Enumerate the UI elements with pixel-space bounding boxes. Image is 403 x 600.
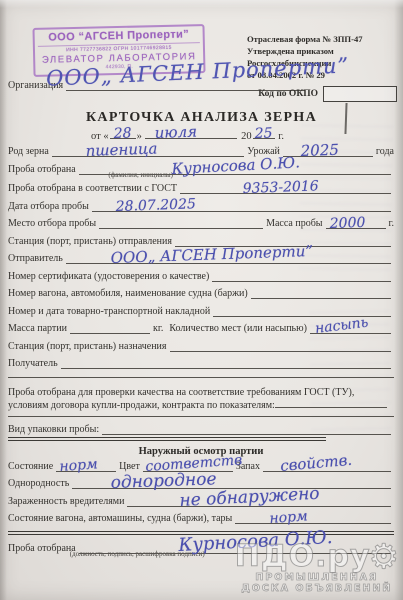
wagon-line — [251, 288, 391, 299]
date-year-line: 25 — [253, 129, 275, 139]
watermark-subtitle-1: промышленная — [235, 572, 399, 583]
lot-mass-row: Масса партии кг. Количество мест (или на… — [8, 323, 394, 334]
infestation-line: не обнаружено — [127, 496, 391, 507]
harvest-suffix: года — [376, 146, 394, 157]
bottom-sampled-label: Проба отобрана — [8, 543, 76, 554]
form-number-line: Отраслевая форма № ЗПП-47 — [247, 33, 397, 45]
gost-row: Проба отобрана в соответствии с ГОСТ 935… — [8, 183, 394, 194]
grain-type-line: пшеница — [52, 146, 244, 157]
sample-mass-label: Масса пробы — [266, 218, 322, 229]
packaging-row: Вид упаковки пробы: — [8, 424, 394, 435]
date-month-handwritten: июля — [155, 125, 198, 141]
okpo-row: Код по ОКПО — [258, 86, 397, 102]
sample-date-label: Дата отбора пробы — [8, 201, 89, 212]
scanned-grain-analysis-card: ООО “АГСЕН Проперти” ИНН 7727736822 ОГРН… — [0, 0, 403, 600]
destination-station-line — [170, 341, 391, 352]
sampling-place-label: Место отбора пробы — [8, 218, 96, 229]
date-day-line: 28 — [110, 129, 136, 139]
receiver-row: Получатель — [8, 358, 394, 369]
uniformity-row: Однородность однородное — [8, 478, 394, 489]
harvest-handwritten: 2025 — [300, 143, 339, 159]
gost-line: 9353-2016 — [180, 183, 391, 194]
certificate-line — [212, 271, 391, 282]
watermark-brand: ПДО.ру — [235, 542, 371, 572]
okpo-code-box — [323, 86, 397, 102]
watermark-subtitle-2: доска объявлений — [235, 583, 399, 594]
transport-state-handwritten: норм — [269, 509, 308, 526]
receiver-line — [61, 358, 391, 369]
sender-row: Отправитель ООО„ АГСЕН Проперти” — [8, 253, 394, 264]
lot-mass-label: Масса партии — [8, 323, 67, 334]
date-day-handwritten: 28 — [113, 126, 131, 141]
scan-edge-shadow-left — [0, 0, 7, 600]
sampled-by-line: Курносова О.Ю. — [79, 164, 391, 175]
smell-line: свойств. — [263, 461, 391, 472]
gear-icon: ⚙ — [369, 542, 399, 572]
condition-line: норм — [56, 461, 116, 472]
sampled-by-handwritten: Курносова О.Ю. — [172, 155, 301, 177]
sample-mass-line: 2000 — [326, 218, 386, 229]
certificate-row: Номер сертификата (удостоверения о качес… — [8, 271, 394, 282]
places-count-label: Количество мест (или насыпью) — [169, 323, 307, 334]
scan-edge-highlight-top — [0, 0, 403, 8]
places-count-handwritten: насыпь — [315, 316, 370, 336]
packaging-line — [102, 424, 391, 435]
watermark-top: ПДО.ру ⚙ — [235, 542, 399, 572]
waybill-label: Номер и дата товарно-транспортной наклад… — [8, 306, 210, 317]
date-year-handwritten: 25 — [254, 126, 272, 141]
color-label: Цвет — [119, 461, 140, 472]
double-rule — [8, 437, 326, 441]
sampled-by-row: Проба отобрана Курносова О.Ю. — [8, 164, 394, 175]
sender-line: ООО„ АГСЕН Проперти” — [66, 253, 391, 264]
sample-mass-handwritten: 2000 — [330, 216, 366, 231]
date-month-line: июля — [145, 129, 237, 139]
grain-type-row: Род зерна пшеница Урожай 2025 года — [8, 146, 394, 157]
blank-line — [8, 415, 394, 417]
transport-state-label: Состояние вагона, автомашины, судна (бар… — [8, 513, 232, 524]
date-suffix: г. — [278, 131, 284, 142]
grain-type-label: Род зерна — [8, 146, 49, 157]
departure-station-label: Станция (порт, пристань) отправления — [8, 236, 172, 247]
sample-date-line: 28.07.2025 — [92, 201, 391, 212]
watermark: ПДО.ру ⚙ промышленная доска объявлений — [235, 542, 399, 594]
transport-state-line: норм — [235, 513, 391, 524]
lot-mass-line — [70, 323, 150, 334]
condition-label: Состояние — [8, 461, 53, 472]
places-count-line: насыпь — [310, 323, 391, 334]
sampling-place-row: Место отбора пробы Масса пробы 2000 г. — [8, 218, 394, 229]
infestation-row: Зараженность вредителями не обнаружено — [8, 496, 394, 507]
sample-mass-suffix: г. — [389, 218, 394, 229]
packaging-label: Вид упаковки пробы: — [8, 424, 99, 435]
page-title: КАРТОЧКА АНАЛИЗА ЗЕРНА — [0, 110, 403, 126]
purpose-paragraph: Проба отобрана для проверки качества на … — [8, 387, 394, 413]
gost-handwritten: 9353-2016 — [243, 179, 319, 196]
stamp-company-name: ООО “АГСЕН Проперти” — [38, 28, 200, 46]
condition-handwritten: норм — [59, 457, 98, 474]
form-body: Род зерна пшеница Урожай 2025 года Проба… — [8, 146, 394, 562]
smell-handwritten: свойств. — [280, 452, 353, 473]
destination-station-label: Станция (порт, пристань) назначения — [8, 341, 167, 352]
grain-type-handwritten: пшеница — [86, 142, 158, 159]
waybill-row: Номер и дата товарно-транспортной наклад… — [8, 306, 394, 317]
transport-state-row: Состояние вагона, автомашины, судна (бар… — [8, 513, 394, 524]
sample-date-row: Дата отбора пробы 28.07.2025 — [8, 201, 394, 212]
sender-handwritten: ООО„ АГСЕН Проперти” — [111, 244, 314, 266]
blank-line — [8, 376, 394, 378]
certificate-label: Номер сертификата (удостоверения о качес… — [8, 271, 209, 282]
purpose-fill-line — [275, 399, 387, 408]
sender-label: Отправитель — [8, 253, 63, 264]
sample-date-handwritten: 28.07.2025 — [115, 197, 196, 214]
infestation-label: Зараженность вредителями — [8, 496, 124, 507]
receiver-label: Получатель — [8, 358, 58, 369]
wagon-row: Номер вагона, автомобиля, наименование с… — [8, 288, 394, 299]
destination-station-row: Станция (порт, пристань) назначения — [8, 341, 394, 352]
lot-mass-kg: кг. — [153, 323, 163, 334]
okpo-label: Код по ОКПО — [258, 89, 318, 99]
sampling-place-line — [99, 218, 263, 229]
wagon-label: Номер вагона, автомобиля, наименование с… — [8, 288, 248, 299]
date-century: 20 — [241, 131, 252, 142]
sampled-by-label: Проба отобрана — [8, 164, 76, 175]
uniformity-label: Однородность — [8, 478, 69, 489]
gost-label: Проба отобрана в соответствии с ГОСТ — [8, 183, 177, 194]
